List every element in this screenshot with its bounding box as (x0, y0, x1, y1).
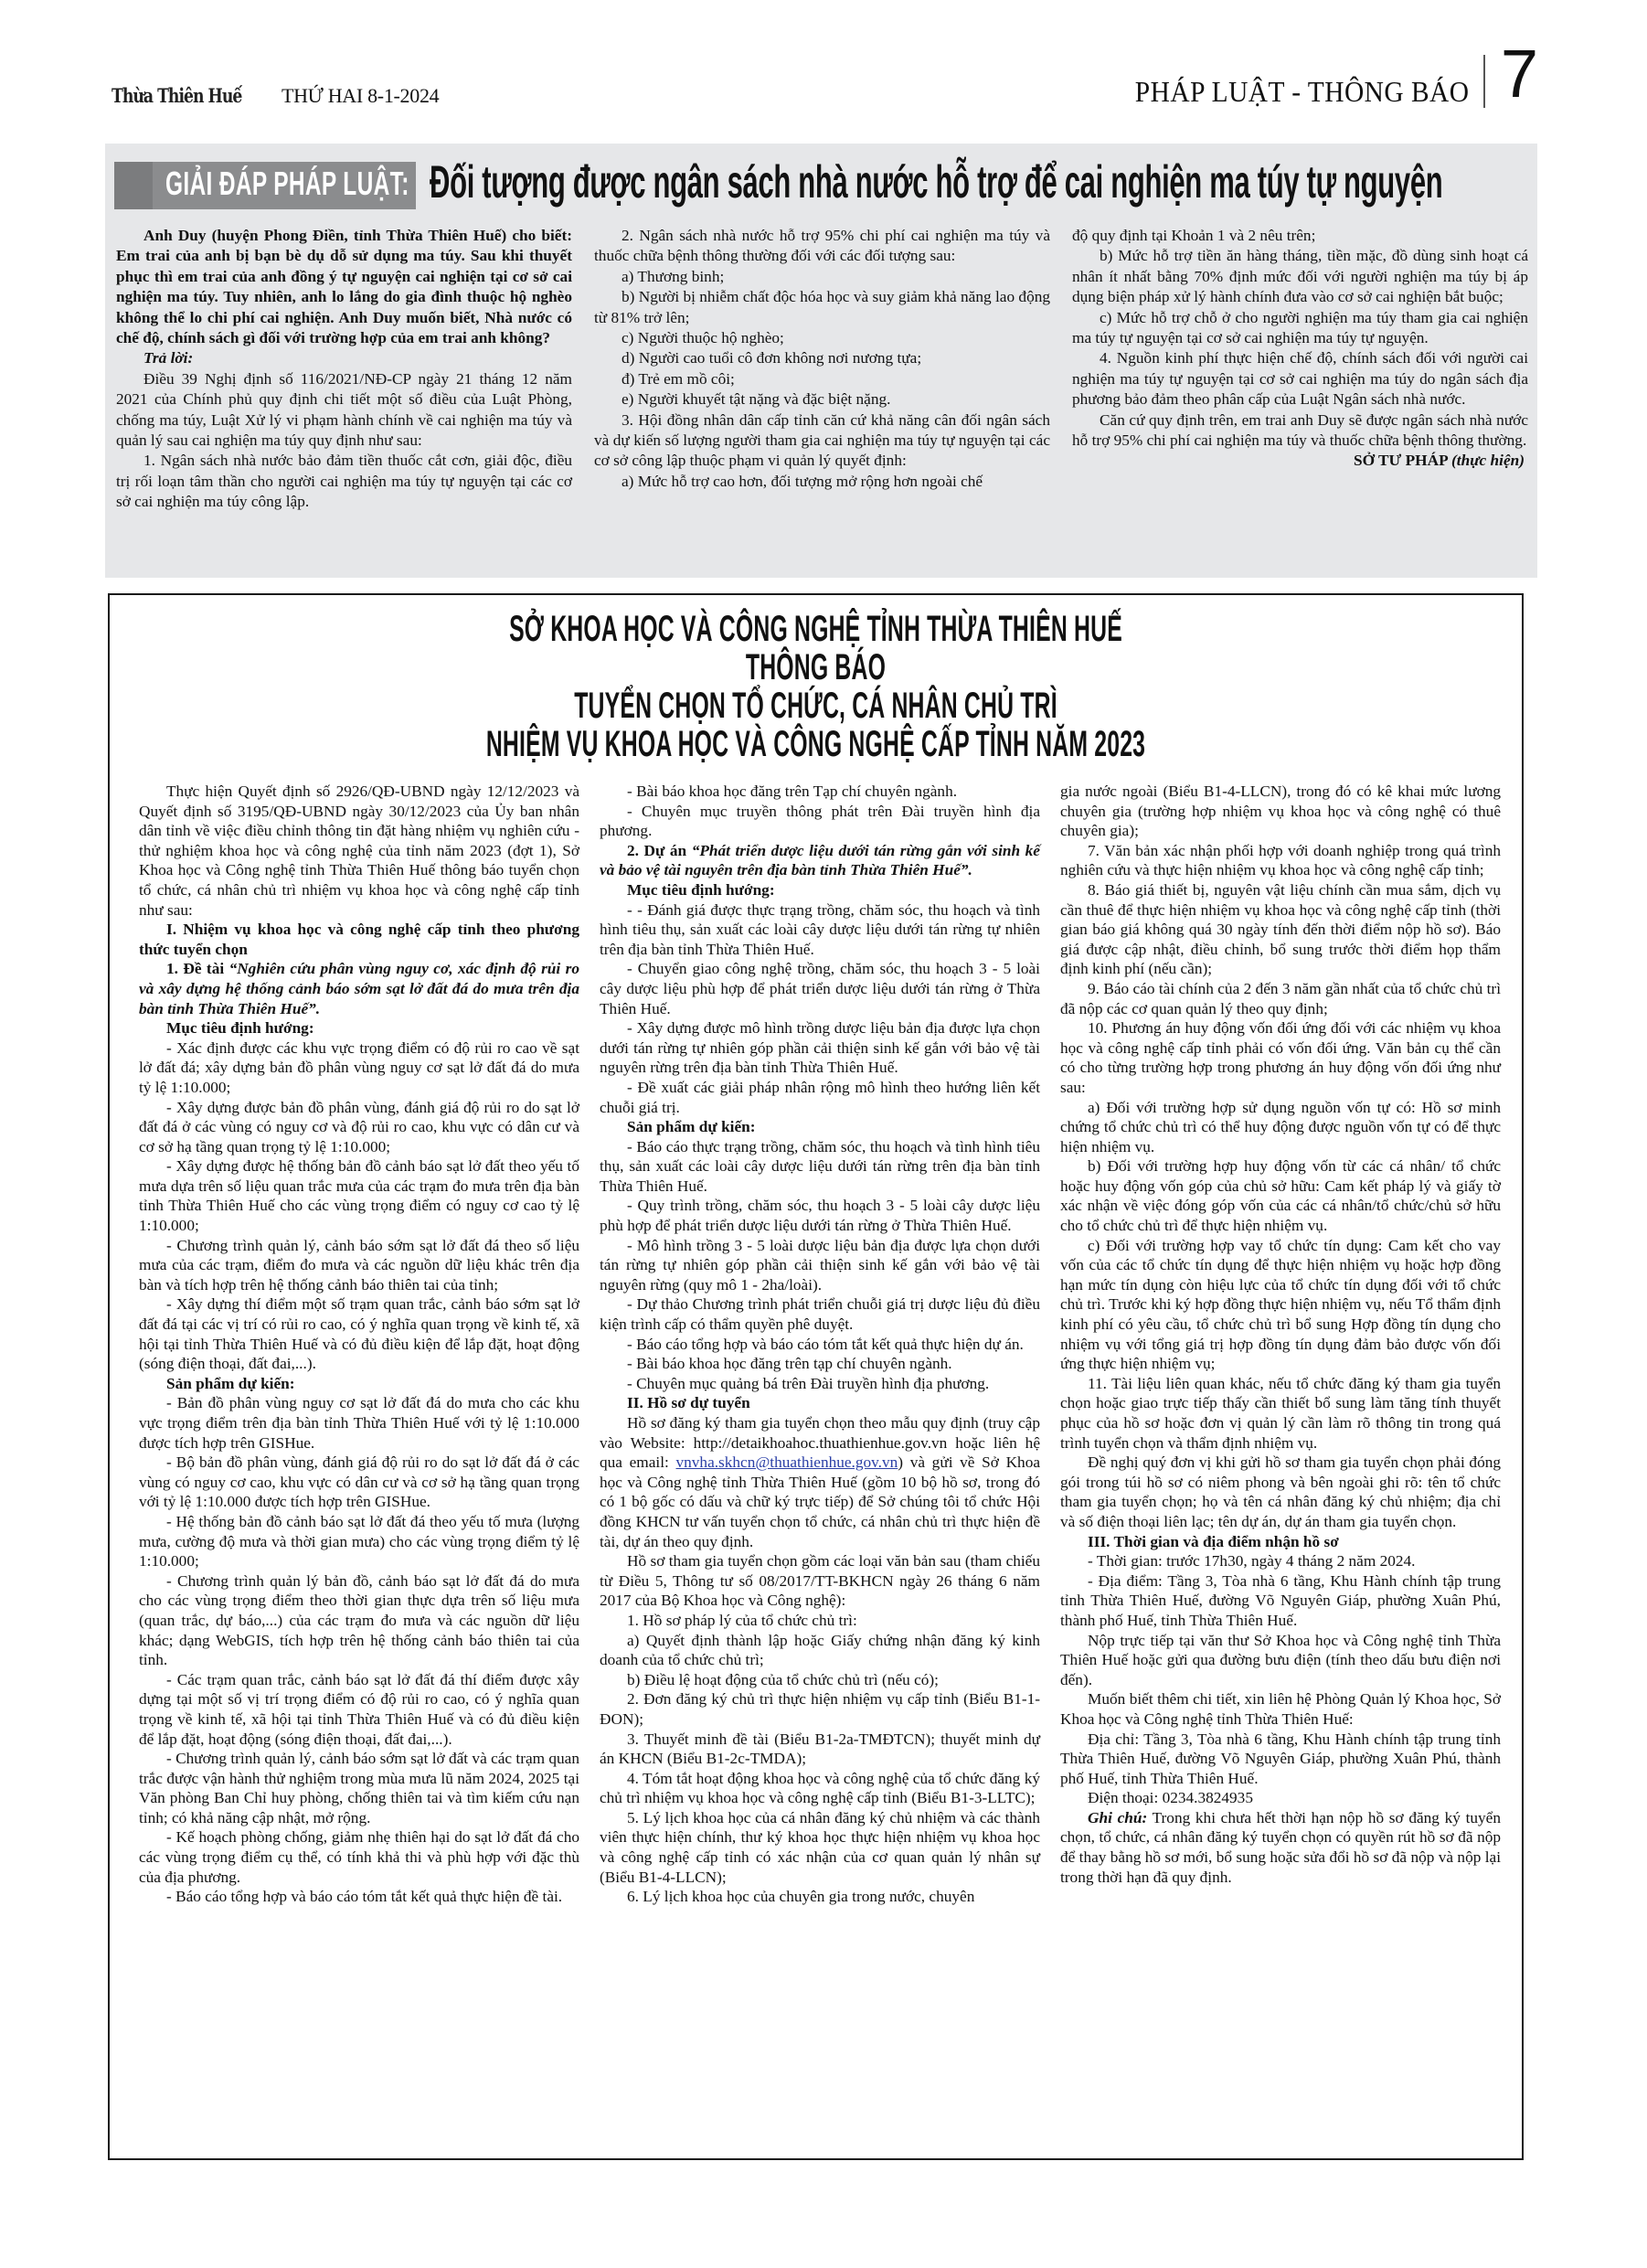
product-item: - Chuyên mục truyền thông phát trên Đài … (600, 802, 1040, 841)
topic-heading: 2. Dự án “Phát triển dược liệu dưới tán … (600, 841, 1040, 880)
public-notice: SỞ KHOA HỌC VÀ CÔNG NGHỆ TỈNH THỪA THIÊN… (108, 593, 1524, 2160)
dossier-item: 2. Đơn đăng ký chủ trì thực hiện nhiệm v… (600, 1689, 1040, 1729)
dossier-item: 8. Báo giá thiết bị, nguyên vật liệu chí… (1060, 880, 1501, 979)
notice-title-line-2: NHIỆM VỤ KHOA HỌC VÀ CÔNG NGHỆ CẤP TỈNH … (378, 725, 1254, 763)
note: Ghi chú: Trong khi chưa hết thời hạn nộp… (1060, 1808, 1501, 1887)
dossier-intro: Hồ sơ đăng ký tham gia tuyển chọn theo m… (600, 1413, 1040, 1551)
column-tag: GIẢI ĐÁP PHÁP LUẬT: (114, 162, 416, 209)
product-item: - Dự thảo Chương trình phát triển chuỗi … (600, 1294, 1040, 1334)
note-label: Ghi chú: (1088, 1809, 1147, 1826)
article-column-3: độ quy định tại Khoản 1 và 2 nêu trên; b… (1072, 226, 1528, 573)
product-item: - Bài báo khoa học đăng trên Tạp chí chu… (600, 782, 1040, 802)
dossier-item: 7. Văn bản xác nhận phối hợp với doanh n… (1060, 841, 1501, 880)
dossier-item: 6. Lý lịch khoa học của chuyên gia trong… (600, 1887, 1040, 1907)
objective-item: - Xây dựng được bản đồ phân vùng, đánh g… (139, 1098, 579, 1157)
answer-list-item: a) Mức hỗ trợ cao hơn, đối tượng mở rộng… (594, 472, 1050, 492)
product-item: - Bài báo khoa học đăng trên tạp chí chu… (600, 1354, 1040, 1374)
contact-info: Muốn biết thêm chi tiết, xin liên hệ Phò… (1060, 1689, 1501, 1729)
objective-item: - Chuyển giao công nghệ trồng, chăm sóc,… (600, 959, 1040, 1018)
notice-type: THÔNG BÁO (378, 648, 1254, 687)
dossier-item: 11. Tài liệu liên quan khác, nếu tổ chức… (1060, 1374, 1501, 1453)
notice-column-2: - Bài báo khoa học đăng trên Tạp chí chu… (600, 782, 1040, 2148)
dossier-item: a) Quyết định thành lập hoặc Giấy chứng … (600, 1631, 1040, 1670)
byline-note: (thực hiện) (1451, 452, 1525, 469)
reader-question: Anh Duy (huyện Phong Điền, tỉnh Thừa Thi… (116, 226, 572, 348)
article-byline: SỞ TƯ PHÁP (thực hiện) (1072, 451, 1528, 471)
objective-item: - Chương trình quản lý, cảnh báo sớm sạt… (139, 1236, 579, 1295)
product-item: - Chương trình quản lý bản đồ, cảnh báo … (139, 1571, 579, 1670)
tag-strip-decoration (114, 162, 153, 209)
subsection-label: Mục tiêu định hướng: (139, 1018, 579, 1038)
answer-paragraph: 1. Ngân sách nhà nước bảo đảm tiền thuốc… (116, 451, 572, 512)
product-item: - Báo cáo thực trạng trồng, chăm sóc, th… (600, 1137, 1040, 1197)
subsection-label: Sản phẩm dự kiến: (600, 1117, 1040, 1137)
answer-list-item: a) Thương binh; (594, 267, 1050, 287)
topic-heading: 1. Đề tài “Nghiên cứu phân vùng nguy cơ,… (139, 959, 579, 1018)
contact-phone: Điện thoại: 0234.3824935 (1060, 1788, 1501, 1808)
answer-paragraph: 2. Ngân sách nhà nước hỗ trợ 95% chi phí… (594, 226, 1050, 267)
subsection-label: Sản phẩm dự kiến: (139, 1374, 579, 1394)
product-item: - Báo cáo tổng hợp và báo cáo tóm tắt kế… (600, 1335, 1040, 1355)
issuing-agency: SỞ KHOA HỌC VÀ CÔNG NGHỆ TỈNH THỪA THIÊN… (378, 610, 1254, 648)
dossier-subitem: a) Đối với trường hợp sử dụng nguồn vốn … (1060, 1098, 1501, 1157)
answer-label: Trả lời: (116, 348, 572, 368)
dossier-item: b) Điều lệ hoạt động của tổ chức chủ trì… (600, 1670, 1040, 1690)
product-item: - Bản đồ phân vùng nguy cơ sạt lở đất đá… (139, 1393, 579, 1453)
product-item: - Kế hoạch phòng chống, giảm nhẹ thiên h… (139, 1827, 579, 1887)
dossier-subitem: c) Đối với trường hợp vay tổ chức tín dụ… (1060, 1236, 1501, 1374)
article-columns: Anh Duy (huyện Phong Điền, tỉnh Thừa Thi… (116, 226, 1528, 573)
product-item: - Quy trình trồng, chăm sóc, thu hoạch 3… (600, 1196, 1040, 1235)
product-item: - Báo cáo tổng hợp và báo cáo tóm tắt kế… (139, 1887, 579, 1907)
answer-list-item: b) Mức hỗ trợ tiền ăn hàng tháng, tiền m… (1072, 246, 1528, 307)
objective-item: - Đề xuất các giải pháp nhân rộng mô hìn… (600, 1078, 1040, 1117)
section-heading: I. Nhiệm vụ khoa học và công nghệ cấp tỉ… (139, 920, 579, 959)
answer-paragraph: 3. Hội đồng nhân dân cấp tỉnh căn cứ khả… (594, 410, 1050, 472)
product-item: - Chuyên mục quảng bá trên Đài truyền hì… (600, 1374, 1040, 1394)
page-number: 7 (1501, 40, 1538, 108)
answer-paragraph: Điều 39 Nghị định số 116/2021/NĐ-CP ngày… (116, 369, 572, 452)
dossier-item: 3. Thuyết minh đề tài (Biểu B1-2a-TMĐTCN… (600, 1730, 1040, 1769)
answer-continuation: độ quy định tại Khoản 1 và 2 nêu trên; (1072, 226, 1528, 246)
notice-column-1: Thực hiện Quyết định số 2926/QĐ-UBND ngà… (139, 782, 579, 2148)
notice-columns: Thực hiện Quyết định số 2926/QĐ-UBND ngà… (139, 782, 1501, 2148)
dossier-item: 9. Báo cáo tài chính của 2 đến 3 năm gần… (1060, 979, 1501, 1018)
notice-heading: SỞ KHOA HỌC VÀ CÔNG NGHỆ TỈNH THỪA THIÊN… (110, 610, 1522, 763)
notice-title-line-1: TUYỂN CHỌN TỔ CHỨC, CÁ NHÂN CHỦ TRÌ (378, 687, 1254, 725)
contact-email-link[interactable]: vnvha.skhcn@thuathienhue.gov.vn (676, 1453, 898, 1471)
deadline: - Thời gian: trước 17h30, ngày 4 tháng 2… (1060, 1551, 1501, 1571)
section-heading: II. Hồ sơ dự tuyển (600, 1393, 1040, 1413)
submission-location: - Địa điểm: Tầng 3, Tòa nhà 6 tầng, Khu … (1060, 1571, 1501, 1631)
product-item: - Hệ thống bản đồ cảnh báo sạt lở đất đá… (139, 1512, 579, 1571)
article-headline: Đối tượng được ngân sách nhà nước hỗ trợ… (430, 154, 1442, 209)
product-item: - Bộ bản đồ phân vùng, đánh giá độ rủi r… (139, 1453, 579, 1512)
answer-list-item: đ) Trẻ em mồ côi; (594, 369, 1050, 389)
product-item: - Chương trình quản lý, cảnh báo sớm sạt… (139, 1749, 579, 1827)
notice-column-3: gia nước ngoài (Biểu B1-4-LLCN), trong đ… (1060, 782, 1501, 2148)
article-column-2: 2. Ngân sách nhà nước hỗ trợ 95% chi phí… (594, 226, 1050, 573)
packaging-instructions: Đề nghị quý đơn vị khi gửi hồ sơ tham gi… (1060, 1453, 1501, 1531)
objective-item: - Xây dựng được mô hình trồng dược liệu … (600, 1018, 1040, 1078)
product-item: - Mô hình trồng 3 - 5 loài dược liệu bản… (600, 1236, 1040, 1295)
objective-item: - Xây dựng thí điểm một số trạm quan trắ… (139, 1294, 579, 1373)
answer-conclusion: Căn cứ quy định trên, em trai anh Duy sẽ… (1072, 410, 1528, 452)
dossier-item: 4. Tóm tắt hoạt động khoa học và công ng… (600, 1769, 1040, 1808)
dossier-item: 1. Hồ sơ pháp lý của tổ chức chủ trì: (600, 1611, 1040, 1631)
product-item: - Các trạm quan trắc, cảnh báo sạt lở đấ… (139, 1670, 579, 1749)
newspaper-name: Thừa Thiên Huế (112, 84, 241, 107)
byline-author: SỞ TƯ PHÁP (1354, 452, 1448, 469)
issue-date: THỨ HAI 8-1-2024 (282, 84, 439, 108)
column-tag-label: GIẢI ĐÁP PHÁP LUẬT: (165, 165, 409, 203)
page-masthead: Thừa Thiên Huế THỨ HAI 8-1-2024 PHÁP LUẬ… (110, 64, 1540, 128)
dossier-item-continuation: gia nước ngoài (Biểu B1-4-LLCN), trong đ… (1060, 782, 1501, 841)
section-name: PHÁP LUẬT - THÔNG BÁO (1134, 75, 1469, 109)
objective-item: - - Đánh giá được thực trạng trồng, chăm… (600, 900, 1040, 960)
answer-list-item: c) Mức hỗ trợ chỗ ở cho người nghiện ma … (1072, 308, 1528, 349)
section-heading: III. Thời gian và địa điểm nhận hồ sơ (1060, 1532, 1501, 1552)
header-divider (1483, 55, 1485, 108)
objective-item: - Xác định được các khu vực trọng điểm c… (139, 1038, 579, 1098)
dossier-item: 10. Phương án huy động vốn đối ứng đối v… (1060, 1018, 1501, 1097)
dossier-subitem: b) Đối với trường hợp huy động vốn từ cá… (1060, 1156, 1501, 1235)
topic-number: 2. Dự án (627, 842, 686, 859)
answer-list-item: c) Người thuộc hộ nghèo; (594, 328, 1050, 348)
dossier-item: 5. Lý lịch khoa học của cá nhân đăng ký … (600, 1808, 1040, 1887)
submission-method: Nộp trực tiếp tại văn thư Sở Khoa học và… (1060, 1631, 1501, 1690)
answer-paragraph: 4. Nguồn kinh phí thực hiện chế độ, chín… (1072, 348, 1528, 410)
answer-list-item: d) Người cao tuổi cô đơn không nơi nương… (594, 348, 1050, 368)
objective-item: - Xây dựng được hệ thống bản đồ cảnh báo… (139, 1156, 579, 1235)
notice-intro: Thực hiện Quyết định số 2926/QĐ-UBND ngà… (139, 782, 579, 920)
article-column-1: Anh Duy (huyện Phong Điền, tỉnh Thừa Thi… (116, 226, 572, 573)
legal-qa-article: GIẢI ĐÁP PHÁP LUẬT: Đối tượng được ngân … (105, 144, 1537, 578)
answer-list-item: b) Người bị nhiễm chất độc hóa học và su… (594, 287, 1050, 328)
topic-number: 1. Đề tài (166, 960, 224, 977)
contact-address: Địa chỉ: Tầng 3, Tòa nhà 6 tầng, Khu Hàn… (1060, 1730, 1501, 1789)
subsection-label: Mục tiêu định hướng: (600, 880, 1040, 900)
answer-list-item: e) Người khuyết tật nặng và đặc biệt nặn… (594, 389, 1050, 410)
dossier-list-intro: Hồ sơ tham gia tuyển chọn gồm các loại v… (600, 1551, 1040, 1611)
